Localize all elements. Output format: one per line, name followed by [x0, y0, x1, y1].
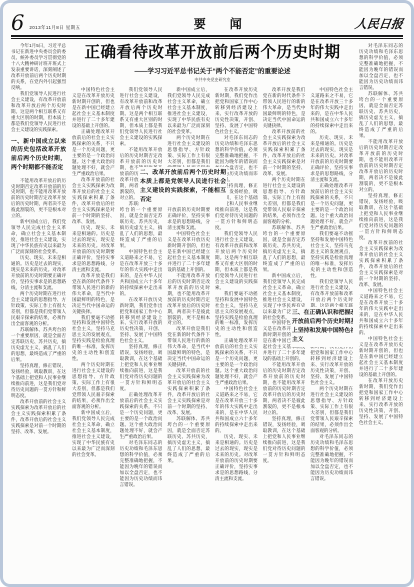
body-paragraph: 在改革开放历史新时期，我们党作出把党和国家工作中心转移到经济建设上来、实行改革开… [120, 297, 163, 345]
body-paragraph: 坚持真理，修正错误，发扬经验，吸取教训，在这个基础上把党和人民事业继续推向前进，… [263, 416, 306, 464]
body-paragraph: 对毛泽东同志的历史功绩和毛泽东思想的科学价值，必须完整准确地把握，不能因为晚年的… [359, 43, 403, 91]
section-heading-one: 一、新中国成立以来的历史包括改革开放前后两个历史时期，两个时期都不能否定 [11, 138, 66, 173]
body-paragraph: 我们要毫不动摇坚持和发展中国特色社会主义，坚持马克思主义的发展观点，坚持实践是检… [215, 291, 258, 339]
body-paragraph: 改革开放前的社会主义实践探索为改革开放后的社会主义实践探索积累了条件，改革开放后… [11, 399, 66, 435]
body-paragraph: 在改革开放历史新时期，我们党作出把党和国家工作中心转移到经济建设上来、实行改革开… [359, 378, 403, 426]
body-paragraph: 不能用改革开放后的历史时期否定改革开放前的历史时期，也不能用改革开放前的历史时期… [263, 362, 306, 416]
body-paragraph: 两个历史时期在进行社会主义建设的思想指导、方针政策、实际工作上有很大差别，但都是… [263, 177, 306, 225]
body-paragraph: 历史、现实、未来是相通的。历史是过去的现实，现实是未来的历史。对改革开放前的历史… [11, 255, 66, 291]
body-paragraph: 不能用改革开放后的历史时期否定改革开放前的历史时期，也不能用改革开放前的历史时期… [167, 273, 210, 327]
body-paragraph: 中国特色社会主义道路来之不易，它是在改革开放三十多年的伟大实践中走出来的，是在中… [359, 288, 403, 336]
page-body: 今年1月5日，习近平总书记在新进中央委员会的委员、候补委员学习贯彻党的十八大精神… [11, 43, 403, 581]
body-paragraph: 历史、现实、未来是相通的。历史是过去的现实，现实是未来的历史。对改革开放前的历史… [310, 135, 353, 183]
body-paragraph: 苏联解体、苏共垮台的一个重要原因，就是全面否定苏联历史、苏共历史，搞历史虚无主义… [11, 327, 66, 363]
page-header: 6 2013年11月8日 星期五 要闻 人民日报 [11, 9, 403, 33]
body-column-2: 我们党领导人民进行社会主义建设，有改革开放前和改革开放后两个历史时期。这是两个相… [120, 87, 163, 581]
body-paragraph: 改革开放是我们党在新的时代条件下带领人民进行的新的伟大革命，是当代中国最鲜明的特… [72, 273, 115, 315]
body-paragraph: 历史、现实、未来是相通的。历史是过去的现实，现实是未来的历史。对改革开放前的历史… [215, 434, 258, 482]
body-paragraph: 不能用改革开放后的历史时期否定改革开放前的历史时期，也不能用改革开放前的历史时期… [11, 178, 66, 220]
body-paragraph: 新中国成立后，我们党领导人民完成社会主义革命，确立社会主义基本制度，推进社会主义… [11, 219, 66, 255]
body-paragraph: 对毛泽东同志的历史功绩和毛泽东思想的科学价值，必须完整准确地把握，不能因为晚年的… [310, 434, 353, 482]
body-paragraph: 改革开放前的社会主义实践探索为改革开放后的社会主义实践探索积累了条件，改革开放后… [263, 129, 306, 177]
body-paragraph: 坚持真理，修正错误，发扬经验，吸取教训，在这个基础上把党和人民事业继续推向前进，… [120, 344, 163, 392]
body-paragraph: 在改革开放历史新时期，我们党作出把党和国家工作中心转移到经济建设上来、实行改革开… [215, 87, 258, 135]
column-left-top-text: 今年1月5日，习近平总书记在新进中央委员会的委员、候补委员学习贯彻党的十八大精神… [11, 43, 66, 133]
body-paragraph: 今年1月5日，习近平总书记在新进中央委员会的委员、候补委员学习贯彻党的十八大精神… [11, 43, 66, 91]
article-byline: 中共中央党史研究室 [72, 77, 353, 83]
body-paragraph: 改革开放前的社会主义实践探索为改革开放后的社会主义实践探索积累了条件，改革开放后… [359, 240, 403, 288]
article-middle-area: 正确看待改革开放前后两个历史时期 ——学习习近平总书记关于“两个不能否定”的重要… [72, 43, 353, 581]
article-title: 正确看待改革开放前后两个历史时期 [72, 44, 353, 63]
body-paragraph: 坚持真理，修正错误，发扬经验，吸取教训，在这个基础上把党和人民事业继续推向前进，… [11, 363, 66, 399]
body-paragraph: 正确处理改革开放前后的社会主义实践探索的关系，不只是一个历史问题，更主要的是一个… [120, 392, 163, 440]
body-paragraph: 中国特色社会主义道路来之不易，它是在改革开放三十多年的伟大实践中走出来的，是在中… [215, 386, 258, 434]
body-paragraph: 改革开放前的社会主义实践探索为改革开放后的社会主义实践探索积累了条件，改革开放后… [167, 368, 210, 416]
body-paragraph: 中国特色社会主义是在改革开放历史新时期开创的，但也是在新中国已经建立起社会主义基… [359, 336, 403, 378]
body-paragraph: 中国特色社会主义道路来之不易，它是在改革开放三十多年的伟大实践中走出来的，是在中… [120, 249, 163, 297]
body-paragraph: 苏联解体、苏共垮台的一个重要原因，就是全面否定苏联历史、苏共历史，搞历史虚无主义… [263, 225, 306, 273]
newspaper-masthead: 人民日报 [354, 15, 404, 32]
body-paragraph: 改革开放是我们党在新的时代条件下带领人民进行的新的伟大革命，是当代中国最鲜明的特… [167, 326, 210, 368]
body-paragraph: 两个历史时期在进行社会主义建设的思想指导、方针政策、实际工作上有很大差别，但都是… [72, 362, 115, 410]
body-paragraph: 坚持真理，修正错误，发扬经验，吸取教训，在这个基础上把党和人民事业继续推向前进，… [359, 193, 403, 241]
body-paragraph: 中国特色社会主义道路来之不易，它是在改革开放三十多年的伟大实践中走出来的，是在中… [310, 87, 353, 135]
section-title: 要闻 [194, 15, 266, 32]
body-paragraph: 中国特色社会主义是在改革开放历史新时期开创的，但也是在新中国已经建立起社会主义基… [167, 231, 210, 273]
body-paragraph: 中国特色社会主义是在改革开放历史新时期开创的，但也是在新中国已经建立起社会主义基… [72, 87, 115, 129]
column-right: 对毛泽东同志的历史功绩和毛泽东思想的科学价值，必须完整准确地把握，不能因为晚年的… [359, 43, 403, 581]
newspaper-page-frame: 6 2013年11月8日 星期五 要闻 人民日报 今年1月5日，习近平总书记在新… [0, 0, 414, 587]
body-paragraph: 苏联解体、苏共垮台的一个重要原因，就是全面否定苏联历史、苏共历史，搞历史虚无主义… [359, 91, 403, 139]
section-heading-three: 三、在正确认识和把握改革开放前后两个历史时期基础上坚持和发展中国特色社会主义 [291, 307, 353, 347]
column-left-bottom-text: 不能用改革开放后的历史时期否定改革开放前的历史时期，也不能用改革开放前的历史时期… [11, 178, 66, 435]
body-paragraph: 两个历史时期在进行社会主义建设的思想指导、方针政策、实际工作上有很大差别，但都是… [11, 291, 66, 327]
body-paragraph: 历史、现实、未来是相通的。历史是过去的现实，现实是未来的历史。对改革开放前的历史… [72, 225, 115, 273]
newspaper-page: 6 2013年11月8日 星期五 要闻 人民日报 今年1月5日，习近平总书记在新… [3, 3, 411, 584]
body-paragraph: 新中国成立后，我们党领导人民完成社会主义革命，确立社会主义基本制度，推进社会主义… [72, 410, 115, 458]
body-paragraph: 正确处理改革开放前后的社会主义实践探索的关系，不只是一个历史问题，更主要的是一个… [72, 129, 115, 177]
body-paragraph: 我们党领导人民进行社会主义建设，有改革开放前和改革开放后两个历史时期。这是两个相… [215, 231, 258, 291]
body-column-3: 新中国成立后，我们党领导人民完成社会主义革命，确立社会主义基本制度，推进社会主义… [167, 87, 210, 581]
body-paragraph: 正确处理改革开放前后的社会主义实践探索的关系，不只是一个历史问题，更主要的是一个… [215, 338, 258, 386]
body-column-1: 中国特色社会主义是在改革开放历史新时期开创的，但也是在新中国已经建立起社会主义基… [72, 87, 115, 581]
body-paragraph: 不能用改革开放后的历史时期否定改革开放前的历史时期，也不能用改革开放前的历史时期… [359, 139, 403, 193]
body-paragraph: 我们要毫不动摇坚持和发展中国特色社会主义，坚持马克思主义的发展观点，坚持实践是检… [310, 231, 353, 279]
article-subtitle: ——学习习近平总书记关于“两个不能否定”的重要论述 [72, 66, 353, 75]
page-date: 2013年11月8日 星期五 [29, 25, 80, 31]
header-rule [11, 35, 403, 39]
page-header-left: 6 2013年11月8日 星期五 [11, 14, 80, 33]
page-number: 6 [11, 14, 24, 33]
body-paragraph: 新中国成立后，我们党领导人民完成社会主义革命，确立社会主义基本制度，推进社会主义… [167, 87, 210, 135]
column-left: 今年1月5日，习近平总书记在新进中央委员会的委员、候补委员学习贯彻党的十八大精神… [11, 43, 66, 581]
body-paragraph: 我们要毫不动摇坚持和发展中国特色社会主义，坚持马克思主义的发展观点，坚持实践是检… [72, 315, 115, 363]
body-paragraph: 苏联解体、苏共垮台的一个重要原因，就是全面否定苏联历史、苏共历史，搞历史虚无主义… [120, 201, 163, 249]
body-paragraph: 苏联解体、苏共垮台的一个重要原因，就是全面否定苏联历史、苏共历史，搞历史虚无主义… [167, 416, 210, 464]
body-paragraph: 改革开放前的社会主义实践探索为改革开放后的社会主义实践探索积累了条件，改革开放后… [72, 177, 115, 225]
body-paragraph: 我们党领导人民进行社会主义建设，有改革开放前和改革开放后两个历史时期。这是两个相… [120, 87, 163, 147]
body-paragraph: 正确处理改革开放前后的社会主义实践探索的关系，不只是一个历史问题，更主要的是一个… [310, 183, 353, 231]
body-paragraph: 我们党领导人民进行社会主义建设，有改革开放前和改革开放后两个历史时期。这是两个相… [11, 91, 66, 133]
body-paragraph: 两个历史时期在进行社会主义建设的思想指导、方针政策、实际工作上有很大差别，但都是… [310, 386, 353, 434]
article-title-block: 正确看待改革开放前后两个历史时期 ——学习习近平总书记关于“两个不能否定”的重要… [72, 43, 353, 87]
body-column-4: 在改革开放历史新时期，我们党作出把党和国家工作中心转移到经济建设上来、实行改革开… [215, 87, 258, 581]
body-paragraph: 改革开放是我们党在新的时代条件下带领人民进行的新的伟大革命，是当代中国最鲜明的特… [263, 87, 306, 129]
section-heading-two: 二、改革开放前后两个历史时期本质上都是党领导人民进行社会主义建设的实践探索，不能… [139, 167, 227, 207]
body-paragraph: 对毛泽东同志的历史功绩和毛泽东思想的科学价值，必须完整准确地把握，不能因为晚年的… [120, 440, 163, 488]
